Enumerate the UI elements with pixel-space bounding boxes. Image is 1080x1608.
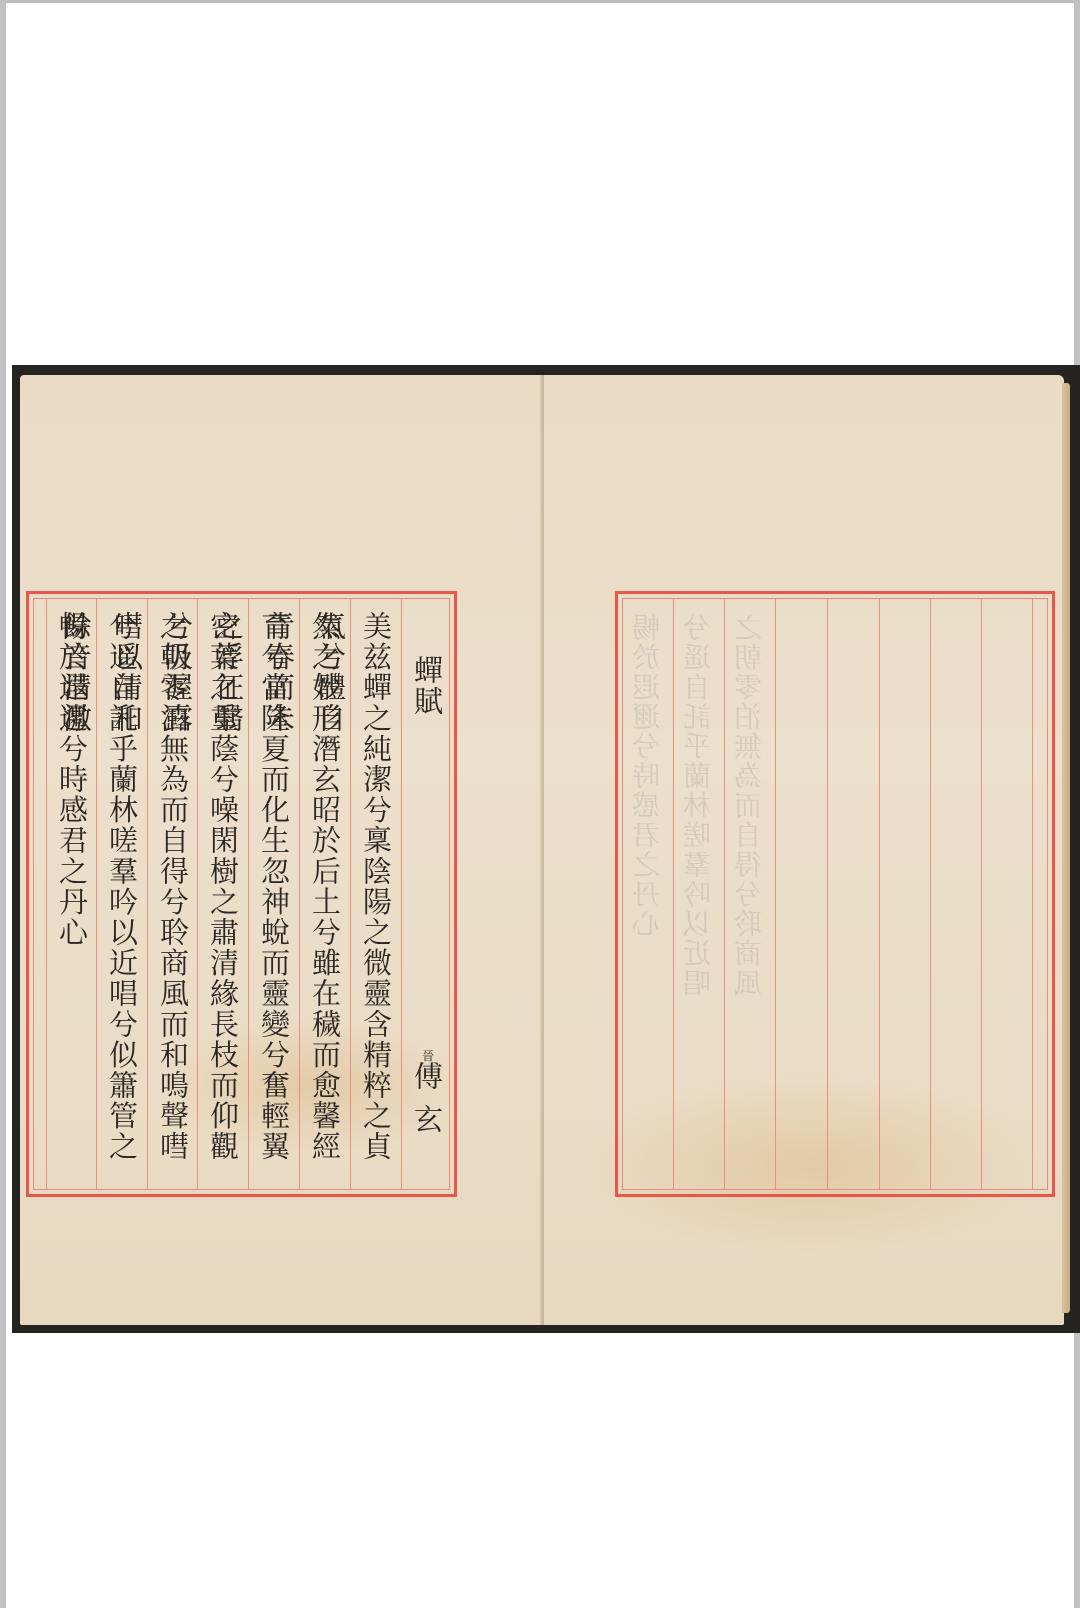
right-page: 暢於遐邇兮時感君之丹心 兮遥自託乎蘭林嗟羣吟以近唱 之朝零泊無為而自得兮聆商風 bbox=[542, 375, 1064, 1325]
column-rule bbox=[930, 599, 931, 1189]
column-rule bbox=[724, 599, 725, 1189]
column-rule bbox=[1032, 599, 1033, 1189]
column-rule bbox=[775, 599, 776, 1189]
text-column-2: 然之妙形潛玄昭於后土兮雖在穢而愈馨經青春而未 bbox=[302, 611, 348, 1189]
inner-border: 蟬賦 晉 傅玄 美兹蟬之純潔兮稟陰陽之微靈含精粹之貞氣兮體自 然之妙形潛玄昭於后… bbox=[33, 598, 450, 1190]
text-column-1: 美兹蟬之純潔兮稟陰陽之微靈含精粹之貞氣兮體自 bbox=[353, 611, 399, 1189]
text-column-5: 之朝零泊無為而自得兮聆商風而和鳴聲嘒嘒以清和 bbox=[150, 611, 196, 1189]
column-rule bbox=[827, 599, 828, 1189]
bleed-through-text: 之朝零泊無為而自得兮聆商風 bbox=[727, 613, 773, 998]
column-rule bbox=[879, 599, 880, 1189]
column-rule bbox=[46, 599, 47, 1189]
column-rule bbox=[673, 599, 674, 1189]
left-page: 蟬賦 晉 傅玄 美兹蟬之純潔兮稟陰陽之微靈含精粹之貞氣兮體自 然之妙形潛玄昭於后… bbox=[20, 375, 542, 1325]
text-column-6: 兮遥自託乎蘭林嗟羣吟以近唱兮似簫管之餘音清激 bbox=[99, 611, 145, 1189]
title-column: 蟬賦 晉 傅玄 bbox=[404, 599, 450, 1189]
text-column-7: 暢於遐邇兮時感君之丹心 bbox=[49, 611, 95, 948]
text-column-3: 育兮當隆夏而化生忽神蛻而靈變兮奮輕翼之浮征翳 bbox=[251, 611, 297, 1189]
poem-title: 蟬賦 bbox=[404, 655, 450, 717]
poem-author: 傅玄 bbox=[404, 1061, 450, 1147]
text-column-4: 密葉之重蔭兮噪閑樹之肅清緣長枝而仰觀兮吸渥露 bbox=[200, 611, 246, 1189]
bleed-through-text: 兮遥自託乎蘭林嗟羣吟以近唱 bbox=[676, 613, 722, 998]
book-scan: 蟬賦 晉 傅玄 美兹蟬之純潔兮稟陰陽之微靈含精粹之貞氣兮體自 然之妙形潛玄昭於后… bbox=[12, 365, 1080, 1333]
page-edge bbox=[1062, 383, 1070, 1313]
column-rule bbox=[981, 599, 982, 1189]
printed-border: 暢於遐邇兮時感君之丹心 兮遥自託乎蘭林嗟羣吟以近唱 之朝零泊無為而自得兮聆商風 bbox=[615, 591, 1055, 1197]
column-rule bbox=[401, 599, 402, 1189]
image-viewer: 蟬賦 晉 傅玄 美兹蟬之純潔兮稟陰陽之微靈含精粹之貞氣兮體自 然之妙形潛玄昭於后… bbox=[0, 0, 1080, 1608]
printed-border: 蟬賦 晉 傅玄 美兹蟬之純潔兮稟陰陽之微靈含精粹之貞氣兮體自 然之妙形潛玄昭於后… bbox=[26, 591, 457, 1197]
bleed-through-text: 暢於遐邇兮時感君之丹心 bbox=[625, 613, 671, 939]
inner-border: 暢於遐邇兮時感君之丹心 兮遥自託乎蘭林嗟羣吟以近唱 之朝零泊無為而自得兮聆商風 bbox=[622, 598, 1048, 1190]
